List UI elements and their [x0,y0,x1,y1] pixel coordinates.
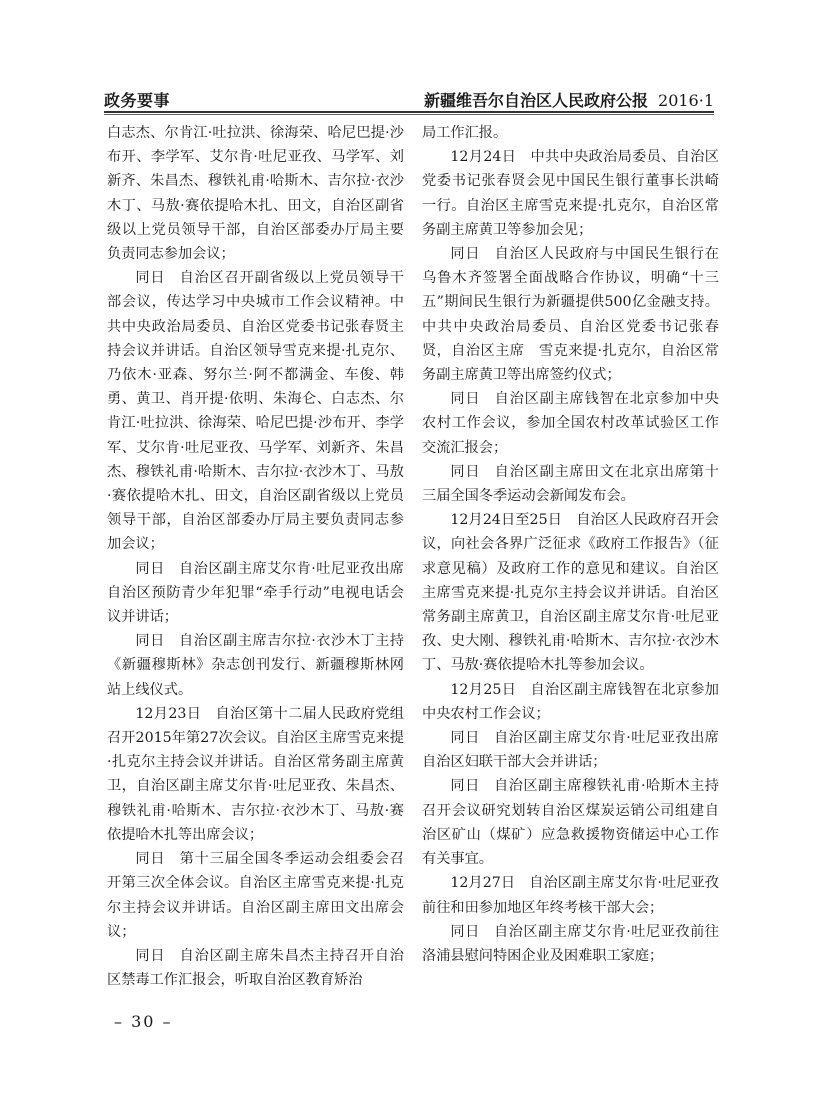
paragraph: 同日自治区副主席朱昌杰主持召开自治区禁毒工作汇报会，听取自治区教育矫治 [107,944,404,992]
section-title: 政务要事 [104,88,170,111]
entry-date: 12月23日 [135,706,201,722]
entry-date: 同日 [450,464,480,480]
paragraph: 12月24日至25日自治区人民政府召开会议，向社会各界广泛征求《政府工作报告》（… [422,508,719,677]
paragraph: 12月23日自治区第十二届人民政府党组召开2015年第27次会议。自治区主席雪克… [107,702,404,847]
entry-date: 同日 [450,924,479,940]
entry-date: 12月27日 [450,875,515,891]
paragraph: 12月25日自治区副主席钱智在北京参加中央农村工作会议； [422,678,719,726]
entry-date: 同日 [135,851,165,867]
paragraph: 同日自治区副主席吉尔拉·衣沙木丁主持《新疆穆斯林》杂志创刊发行、新疆穆斯林网站上… [107,629,404,702]
paragraph: 同日自治区人民政府与中国民生银行在乌鲁木齐签署全面战略合作协议，明确“十三五”期… [422,242,719,387]
header-rule-thick [104,111,714,113]
entry-date: 同日 [450,778,479,794]
entry-date: 12月24日至25日 [450,512,562,528]
header-rule-thin [104,114,714,115]
paragraph: 12月24日中共中央政治局委员、自治区党委书记张春贤会见中国民生银行董事长洪崎一… [422,145,719,242]
page-number: – 30 – [114,1012,173,1031]
entry-date: 同日 [450,391,480,407]
paragraph: 同日自治区副主席钱智在北京参加中央农村工作会议，参加全国农村改革试验区工作交流汇… [422,387,719,460]
entry-date: 同日 [135,948,165,964]
entry-date: 同日 [450,730,479,746]
entry-date: 同日 [450,246,480,262]
running-header: 政务要事 新疆维吾尔自治区人民政府公报2016·1 [104,88,714,112]
issue-number: 2016·1 [658,91,714,110]
paragraph: 同日自治区召开副省级以上党员领导干部会议，传达学习中央城市工作会议精神。中共中央… [107,266,404,556]
publication-name: 新疆维吾尔自治区人民政府公报 [424,91,648,110]
paragraph: 同日自治区副主席艾尔肯·吐尼亚孜出席自治区妇联干部大会并讲话； [422,726,719,774]
left-column: 白志杰、尔肯江·吐拉洪、徐海荣、哈尼巴提·沙布开、李学军、艾尔肯·吐尼亚孜、马学… [107,121,404,992]
paragraph: 白志杰、尔肯江·吐拉洪、徐海荣、哈尼巴提·沙布开、李学军、艾尔肯·吐尼亚孜、马学… [107,121,404,266]
entry-date: 12月24日 [450,149,516,165]
publication-title: 新疆维吾尔自治区人民政府公报2016·1 [424,88,714,111]
paragraph: 同日自治区副主席艾尔肯·吐尼亚孜前往洛浦县慰问特困企业及困难职工家庭； [422,920,719,968]
entry-date: 同日 [135,561,164,577]
paragraph: 同日自治区副主席穆铁礼甫·哈斯木主持召开会议研究划转自治区煤炭运销公司组建自治区… [422,774,719,871]
entry-date: 同日 [135,270,165,286]
entry-date: 同日 [135,633,164,649]
entry-date: 12月25日 [450,682,516,698]
paragraph: 同日第十三届全国冬季运动会组委会召开第三次全体会议。自治区主席雪克来提·扎克尔主… [107,847,404,944]
paragraph: 同日自治区副主席艾尔肯·吐尼亚孜出席自治区预防青少年犯罪“牵手行动”电视电话会议… [107,557,404,630]
paragraph: 同日自治区副主席田文在北京出席第十三届全国冬季运动会新闻发布会。 [422,460,719,508]
paragraph: 局工作汇报。 [422,121,719,145]
paragraph: 12月27日自治区副主席艾尔肯·吐尼亚孜前往和田参加地区年终考核干部大会； [422,871,719,919]
right-column: 局工作汇报。 12月24日中共中央政治局委员、自治区党委书记张春贤会见中国民生银… [422,121,719,968]
